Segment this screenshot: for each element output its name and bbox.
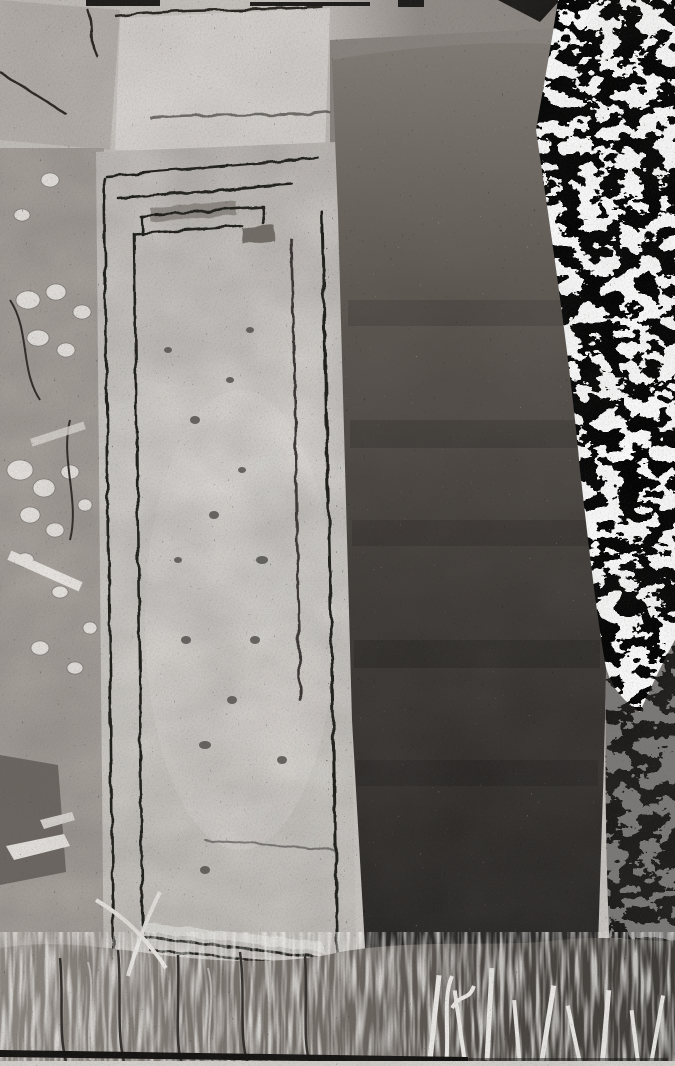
photo-canvas: Stone monument with recessed false-door … [0, 0, 675, 1066]
tonal-clouds [0, 0, 675, 1066]
scanned-photo-stone-monument: Stone monument with recessed false-door … [0, 0, 675, 1066]
